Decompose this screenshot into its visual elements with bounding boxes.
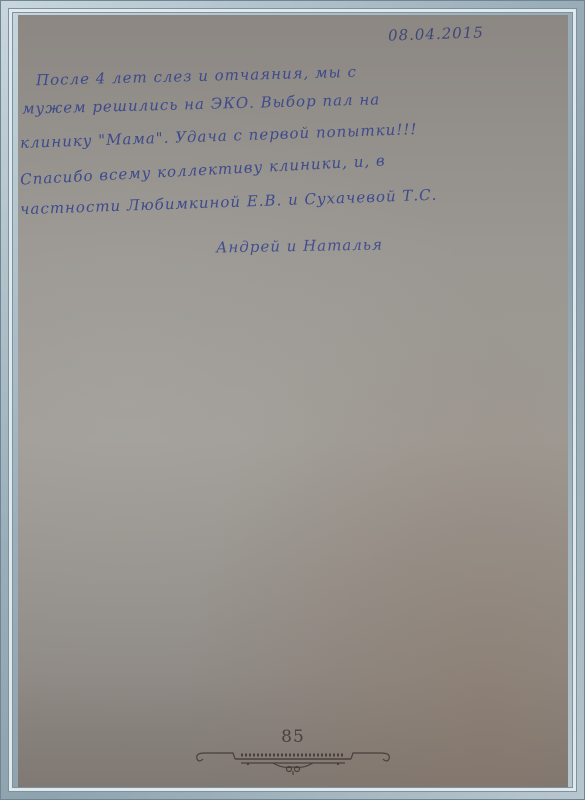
text-line-5: частности Любимкиной Е.В. и Сухачевой Т.… (20, 186, 438, 219)
page-number: 85 (193, 727, 393, 747)
signature: Андрей и Наталья (216, 236, 383, 257)
text-line-4: Спасибо всему коллективу клиники, и, в (20, 151, 386, 188)
entry-date: 08.04.2015 (388, 23, 484, 44)
decorative-ornament-icon (193, 747, 393, 777)
text-line-2: мужем решились на ЭКО. Выбор пал на (22, 90, 381, 117)
photo-frame: 08.04.2015 После 4 лет слез и отчаяния, … (0, 0, 585, 800)
text-line-3: клинику "Мама". Удача с первой попытки!!… (20, 120, 418, 152)
page-footer: 85 (193, 727, 393, 782)
document-page: 08.04.2015 После 4 лет слез и отчаяния, … (18, 15, 568, 787)
text-line-1: После 4 лет слез и отчаяния, мы с (36, 63, 357, 89)
